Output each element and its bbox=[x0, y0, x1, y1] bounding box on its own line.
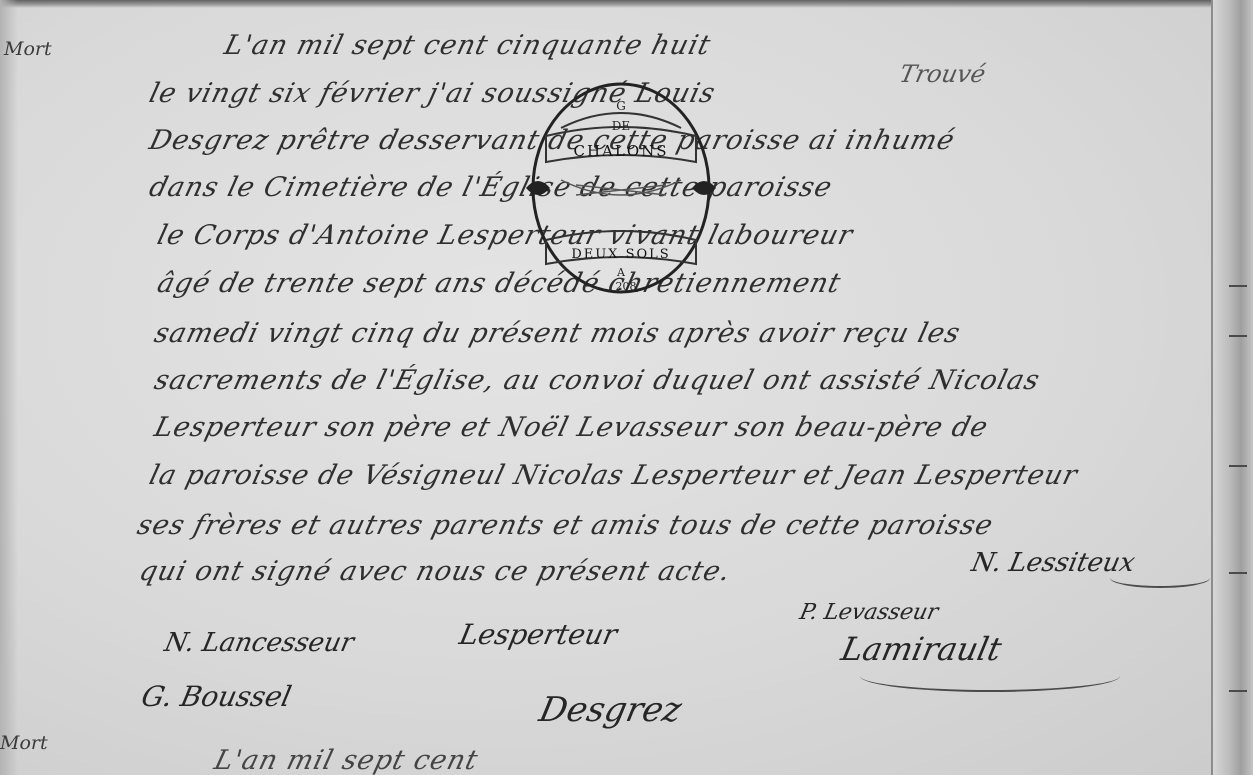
svg-text:G: G bbox=[616, 99, 626, 113]
text-line-9: Lesperteur son père et Noël Levasseur so… bbox=[151, 412, 991, 443]
margin-note-death: Mort bbox=[4, 38, 52, 60]
binding-mark bbox=[1229, 690, 1247, 692]
text-line-7: samedi vingt cinq du présent mois après … bbox=[151, 318, 964, 349]
text-line-10: la paroisse de Vésigneul Nicolas Lespert… bbox=[146, 460, 1081, 491]
signature-3: Lesperteur bbox=[456, 618, 620, 651]
text-line-11: ses frères et autres parents et amis tou… bbox=[134, 510, 996, 541]
interlinear-note: Trouvé bbox=[897, 60, 988, 88]
register-page-scan: Mort Mort L'an mil sept cent cinquante h… bbox=[0, 0, 1253, 775]
svg-text:A: A bbox=[616, 266, 626, 279]
svg-text:CHALONS: CHALONS bbox=[573, 142, 668, 160]
text-line-8: sacrements de l'Église, au convoi duquel… bbox=[151, 365, 1043, 396]
signature-flourish bbox=[1110, 568, 1210, 588]
text-line-6: âgé de trente sept ans décédé chrétienne… bbox=[154, 268, 844, 299]
binding-mark bbox=[1229, 335, 1247, 337]
binding-mark bbox=[1229, 572, 1247, 574]
signature-4: P. Levasseur bbox=[797, 600, 940, 625]
signature-2: N. Lancesseur bbox=[162, 628, 357, 658]
text-line-12: qui ont signé avec nous ce présent acte. bbox=[136, 556, 734, 587]
svg-text:208: 208 bbox=[616, 280, 637, 293]
page-gutter-shadow bbox=[0, 0, 18, 775]
text-line-5: le Corps d'Antoine Lesperteur vivant lab… bbox=[154, 220, 856, 251]
svg-text:DEUX SOLS: DEUX SOLS bbox=[571, 247, 670, 262]
svg-text:DE: DE bbox=[612, 119, 630, 133]
margin-note-death-next: Mort bbox=[0, 732, 48, 754]
text-line-1: L'an mil sept cent cinquante huit bbox=[221, 30, 714, 61]
signature-7: Desgrez bbox=[536, 690, 685, 730]
binding-mark bbox=[1229, 285, 1247, 287]
stamp-frame-icon: G DE CHALONS DEUX SOLS A 208 bbox=[516, 80, 726, 296]
tax-stamp-chalons: G DE CHALONS DEUX SOLS A 208 bbox=[516, 80, 726, 296]
binding-mark bbox=[1229, 465, 1247, 467]
signature-6: G. Boussel bbox=[138, 680, 294, 713]
next-entry-start: L'an mil sept cent bbox=[211, 745, 482, 775]
page-top-edge bbox=[0, 0, 1253, 8]
page-binding-edge bbox=[1211, 0, 1253, 775]
text-line-4: dans le Cimetière de l'Église de cette p… bbox=[146, 172, 836, 203]
signature-flourish bbox=[860, 660, 1120, 692]
